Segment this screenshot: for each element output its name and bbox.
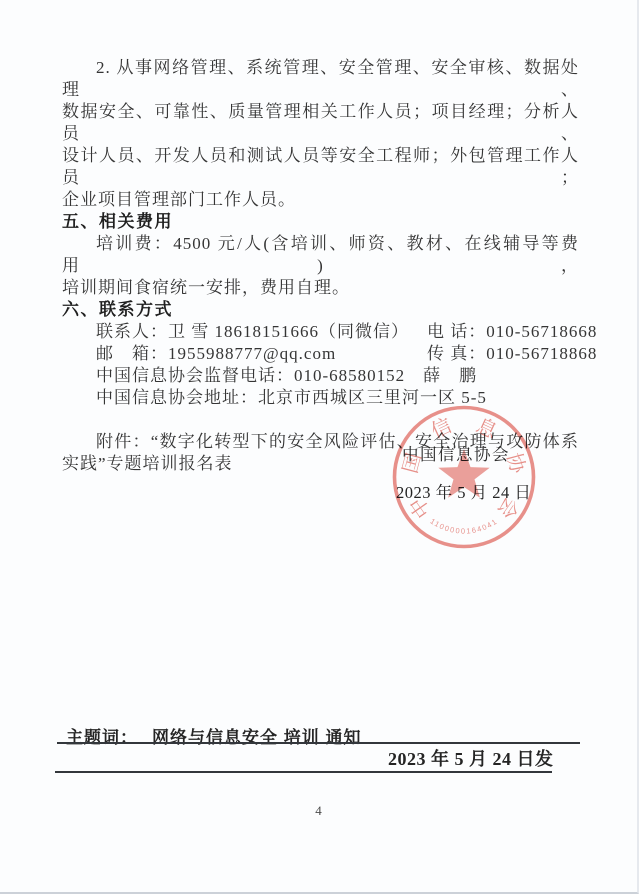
body-line: 培训期间食宿统一安排，费用自理。 [62,277,579,299]
contact-email: 邮 箱：1955988777@qq.com [96,344,336,363]
seal-arc-char: 息 [473,414,502,444]
seal-arc-char: 国 [399,451,426,476]
seal-serial-number: 1100000164041 [428,517,499,536]
contact-row: 邮 箱：1955988777@qq.com 传 真：010-56718868 [62,343,579,365]
keywords-line: 主题词：网络与信息安全 培训 通知 [66,723,361,748]
scanned-document-page: 2. 从事网络管理、系统管理、安全管理、安全审核、数据处理、 数据安全、可靠性、… [0,0,639,894]
contact-fax: 传 真：010-56718868 [393,343,597,365]
footer-rule-top [57,742,580,744]
page-number: 4 [0,803,637,819]
keywords-label: 主题词： [66,728,138,747]
svg-text:1100000164041: 1100000164041 [428,517,499,536]
footer-rule-bottom [55,771,552,773]
body-line: 企业项目管理部门工作人员。 [62,189,579,211]
contact-phone: 电 话：010-56718668 [393,321,597,343]
body-line: 数据安全、可靠性、质量管理相关工作人员；项目经理；分析人员、 [62,101,579,145]
supervise-line: 中国信息协会监督电话：010-68580152 薛 鹏 [62,365,579,387]
section-heading-contact: 六、联系方式 [62,299,579,321]
seal-arc-char: 协 [502,451,530,477]
body-line: 培训费：4500 元/人(含培训、师资、教材、在线辅导等费用)， [62,233,579,277]
contact-person: 联系人：卫 雪 18618151666（同微信） [96,322,409,341]
section-heading-fees: 五、相关费用 [62,211,579,233]
official-seal-stamp: 中 国 信 息 协 会 1100000164041 [385,400,543,558]
body-line: 2. 从事网络管理、系统管理、安全管理、安全审核、数据处理、 [62,57,579,101]
issue-date: 2023 年 5 月 24 日发 [388,745,554,771]
seal-arc-char: 信 [427,414,455,443]
body-line: 设计人员、开发人员和测试人员等安全工程师；外包管理工作人员； [62,145,579,189]
seal-star-icon [438,449,489,498]
keywords-value: 网络与信息安全 培训 通知 [152,728,361,747]
contact-row: 联系人：卫 雪 18618151666（同微信） 电 话：010-5671866… [62,321,579,343]
